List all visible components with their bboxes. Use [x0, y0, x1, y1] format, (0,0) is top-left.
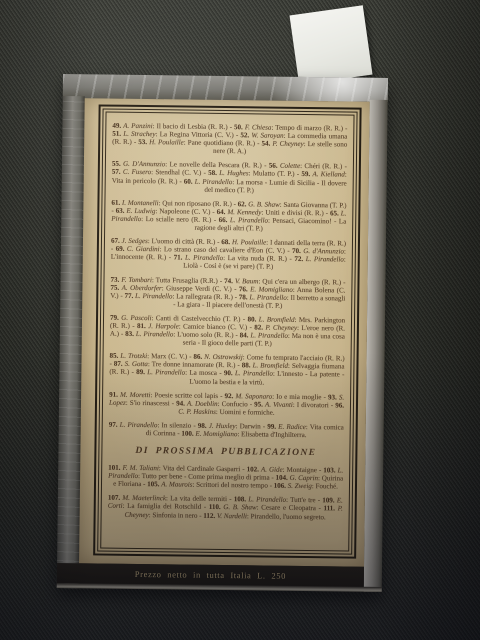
catalog-block: 67. J. Sedges: L'uomo di città (R. R.) -… [111, 237, 346, 272]
catalog-block: 73. F. Tombari: Tutta Frusaglia (R.R.) -… [110, 275, 345, 310]
catalog-block: 61. I. Montanelli: Qui non riposano (R. … [111, 198, 346, 233]
white-card [289, 5, 372, 85]
catalog-block: 101. F. M. Taliani: Vita del Cardinale G… [108, 464, 343, 491]
catalog-lower: 101. F. M. Taliani: Vita del Cardinale G… [108, 464, 344, 521]
catalog-block: 49. A. Panzini: Il bacio di Lesbia (R. R… [112, 122, 347, 157]
catalog-block: 55. G. D'Annunzio: Le novelle della Pesc… [112, 160, 347, 195]
border-frame-middle: 49. A. Panzini: Il bacio di Lesbia (R. R… [97, 109, 357, 555]
photo-scene: 49. A. Panzini: Il bacio di Lesbia (R. R… [0, 0, 480, 640]
book-back-cover: 49. A. Panzini: Il bacio di Lesbia (R. R… [57, 74, 388, 592]
catalog-block: 79. G. Pascoli: Canti di Castelvecchio (… [110, 313, 345, 348]
border-frame-outer: 49. A. Panzini: Il bacio di Lesbia (R. R… [93, 104, 361, 558]
price-text: Prezzo netto in tutta Italia L. 250 [135, 569, 286, 581]
catalog-block: 91. M. Moretti: Poesie scritte col lapis… [109, 390, 344, 417]
catalog-heading: DI PROSSIMA PUBBLICAZIONE [108, 446, 343, 459]
cover-paper: 49. A. Panzini: Il bacio di Lesbia (R. R… [79, 98, 370, 566]
catalog-block: 97. L. Pirandello: In silenzio - 98. J. … [109, 421, 344, 440]
catalog-block: 107. M. Maeterlinck: La vita delle termi… [108, 494, 343, 521]
catalog-upper: 49. A. Panzini: Il bacio di Lesbia (R. R… [109, 122, 348, 440]
catalog-block: 85. L. Trotzki: Marx (C. V.) - 86. N. Os… [109, 352, 344, 387]
border-frame-inner: 49. A. Panzini: Il bacio di Lesbia (R. R… [100, 112, 354, 552]
